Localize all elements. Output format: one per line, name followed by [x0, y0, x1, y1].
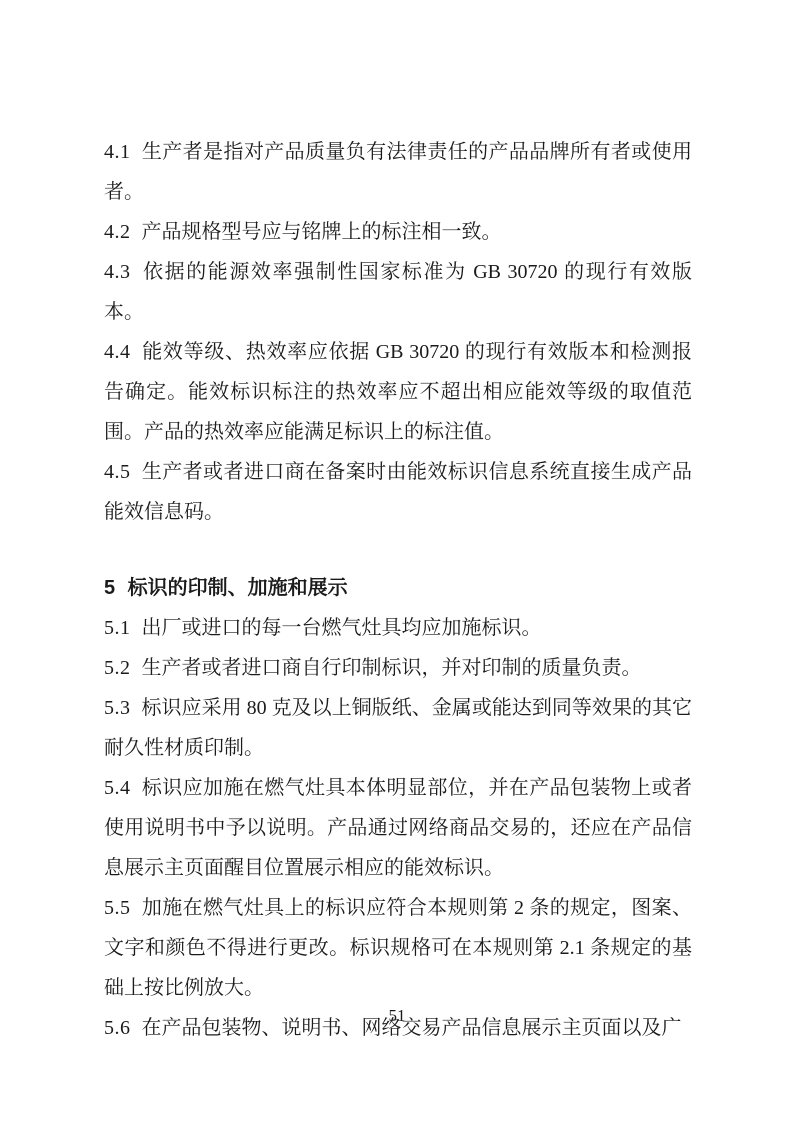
clause-5-1: 5.1出厂或进口的每一台燃气灶具均应加施标识。 — [104, 608, 692, 648]
clause-4-3: 4.3依据的能源效率强制性国家标准为 GB 30720 的现行有效版本。 — [104, 252, 692, 332]
clause-number: 5.2 — [104, 657, 131, 679]
clause-5-5: 5.5加施在燃气灶具上的标识应符合本规则第 2 条的规定，图案、文字和颜色不得进… — [104, 888, 692, 1008]
clause-4-4: 4.4能效等级、热效率应依据 GB 30720 的现行有效版本和检测报告确定。能… — [104, 332, 692, 452]
clause-text: 能效等级、热效率应依据 GB 30720 的现行有效版本和检测报告确定。能效标识… — [104, 341, 692, 443]
clause-number: 4.4 — [104, 341, 131, 363]
clause-text: 产品规格型号应与铭牌上的标注相一致。 — [142, 221, 502, 243]
clause-text: 标识应采用 80 克及以上铜版纸、金属或能达到同等效果的其它耐久性材质印制。 — [104, 697, 692, 759]
clause-4-2: 4.2产品规格型号应与铭牌上的标注相一致。 — [104, 212, 692, 252]
page-number: 51 — [0, 1004, 794, 1028]
clause-5-2: 5.2生产者或者进口商自行印制标识，并对印制的质量负责。 — [104, 648, 692, 688]
clause-number: 4.2 — [104, 221, 131, 243]
clause-4-1: 4.1生产者是指对产品质量负有法律责任的产品品牌所有者或使用者。 — [104, 132, 692, 212]
clause-text: 生产者是指对产品质量负有法律责任的产品品牌所有者或使用者。 — [104, 141, 692, 203]
document-page: 4.1生产者是指对产品质量负有法律责任的产品品牌所有者或使用者。 4.2产品规格… — [0, 0, 794, 1123]
clause-text: 标识应加施在燃气灶具本体明显部位，并在产品包装物上或者使用说明书中予以说明。产品… — [104, 777, 692, 879]
clause-text: 生产者或者进口商自行印制标识，并对印制的质量负责。 — [142, 657, 642, 679]
document-body: 4.1生产者是指对产品质量负有法律责任的产品品牌所有者或使用者。 4.2产品规格… — [104, 132, 692, 1048]
section-heading: 5标识的印制、加施和展示 — [104, 568, 692, 608]
clause-number: 5.4 — [104, 777, 131, 799]
clause-5-3: 5.3标识应采用 80 克及以上铜版纸、金属或能达到同等效果的其它耐久性材质印制… — [104, 688, 692, 768]
section-title: 标识的印制、加施和展示 — [128, 577, 348, 599]
clause-5-4: 5.4标识应加施在燃气灶具本体明显部位，并在产品包装物上或者使用说明书中予以说明… — [104, 768, 692, 888]
clause-number: 5.3 — [104, 697, 131, 719]
clause-4-5: 4.5生产者或者进口商在备案时由能效标识信息系统直接生成产品能效信息码。 — [104, 452, 692, 532]
clause-number: 5.1 — [104, 617, 131, 639]
clause-number: 4.3 — [104, 261, 131, 283]
clause-text: 依据的能源效率强制性国家标准为 GB 30720 的现行有效版本。 — [104, 261, 692, 323]
clause-text: 加施在燃气灶具上的标识应符合本规则第 2 条的规定，图案、文字和颜色不得进行更改… — [104, 897, 692, 999]
clause-number: 4.1 — [104, 141, 131, 163]
section-number: 5 — [104, 577, 116, 599]
clause-number: 5.5 — [104, 897, 131, 919]
clause-text: 生产者或者进口商在备案时由能效标识信息系统直接生成产品能效信息码。 — [104, 461, 692, 523]
clause-number: 4.5 — [104, 461, 131, 483]
clause-text: 出厂或进口的每一台燃气灶具均应加施标识。 — [142, 617, 542, 639]
